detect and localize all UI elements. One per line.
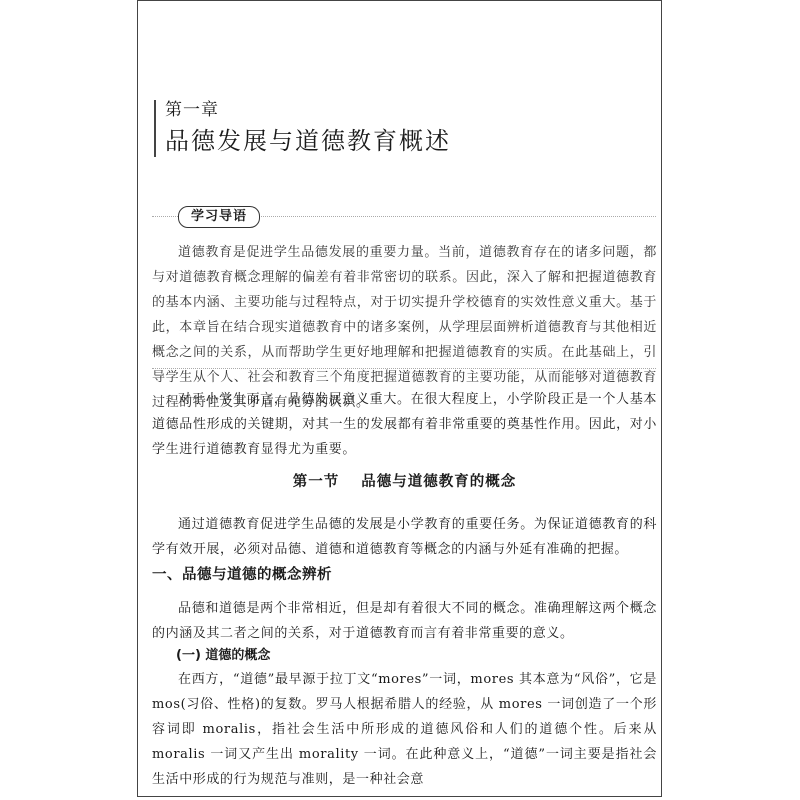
guide-divider-bottom — [152, 368, 656, 369]
section-number: 第一节 — [293, 474, 340, 490]
section-paragraph: 通过道德教育促进学生品德的发展是小学教育的重要任务。为保证道德教育的科学有效开展… — [152, 512, 657, 562]
section-heading: 第一节品德与道德教育的概念 — [152, 470, 657, 491]
learning-guide-badge: 学习导语 — [178, 206, 260, 228]
subsubsection-heading: (一) 道德的概念 — [176, 644, 270, 663]
subsection-paragraph: 品德和道德是两个非常相近，但是却有着很大不同的概念。准确理解这两个概念的内涵及其… — [152, 596, 657, 646]
chapter-title: 品德发展与道德教育概述 — [165, 124, 451, 158]
subsubsection-paragraph: 在西方，“道德”最早源于拉丁文“mores”一词，mores 其本意为“风俗”，… — [152, 667, 657, 792]
subsection-heading: 一、品德与道德的概念辨析 — [152, 563, 332, 584]
intro-paragraph: 对于小学生而言，品德发展意义重大。在很大程度上，小学阶段正是一个人基本道德品性形… — [152, 387, 657, 462]
chapter-heading: 第一章 品德发展与道德教育概述 — [154, 100, 451, 157]
chapter-number: 第一章 — [165, 100, 451, 120]
section-title: 品德与道德教育的概念 — [361, 474, 516, 490]
